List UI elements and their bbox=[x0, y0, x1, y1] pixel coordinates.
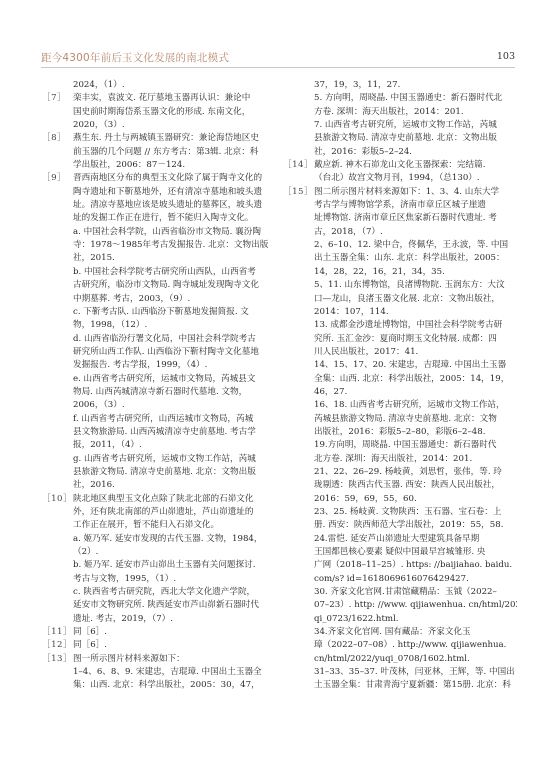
reference-text-line: 物局. 山西芮城清凉寺新石器时代墓地. 文物， bbox=[73, 386, 277, 399]
reference-text-line: 燕生东. 丹土与两城镇玉器研究：兼论海岱地区史 bbox=[73, 132, 277, 145]
reference-entry: ［11］同［6］. bbox=[42, 626, 277, 639]
reference-text-line: 工作正在展开，暂不能归入石峁文化。 bbox=[73, 519, 277, 532]
reference-text-line: 县旅游文物局. 清凉寺史前墓地. 北京：文物出版 bbox=[314, 132, 517, 145]
reference-entry: ［10］陕北地区典型玉文化点除了陕北北部的石峁文化外，还有陕北南部的芦山峁遗址，… bbox=[42, 493, 277, 626]
reference-text-line: 5. 方向明，周晓晶. 中国玉器通史：新石器时代北 bbox=[314, 92, 517, 105]
reference-text-line: 方卷. 深圳：海天出版社，2014：201. bbox=[314, 106, 517, 119]
reference-number: ［9］ bbox=[42, 172, 66, 185]
reference-entry: ［7］栾丰实，袁波文. 花厅墓地玉器再认识：兼论中国史前时期海岱系玉器文化的形成… bbox=[42, 92, 277, 132]
reference-number: ［15］ bbox=[283, 186, 313, 199]
reference-text-line: 14、15、17、20. 宋建忠，吉琨璋. 中国出土玉器 bbox=[314, 359, 517, 372]
reference-text-line: 报，2011，（4）. bbox=[73, 439, 277, 452]
reference-number: ［10］ bbox=[42, 493, 72, 506]
reference-text-line: 址博物馆. 济南市章丘区焦家新石器时代遗址. 考 bbox=[314, 212, 517, 225]
reference-text-line: com/s? id=1618069616076429427. bbox=[314, 573, 517, 586]
references-left-column: 2024，（1）.［7］栾丰实，袁波文. 花厅墓地玉器再认识：兼论中国史前时期海… bbox=[42, 79, 277, 693]
reference-text-line: 集：山西. 北京：科学出版社，2005：30，47， bbox=[73, 679, 277, 692]
reference-text-line: 考古与文物，1995，（1）. bbox=[73, 573, 277, 586]
reference-text-line: 07–23）. http: //www. qijiawenhua. cn/htm… bbox=[314, 599, 517, 612]
reference-text-line: 县文物旅游局. 山西芮城清凉寺史前墓地. 考古学 bbox=[73, 426, 277, 439]
reference-text-line: 21、22、26–29. 杨岐黄，刘思哲，张伟，等. 玲 bbox=[314, 466, 517, 479]
reference-text-line: 24.雷恺. 延安芦山峁遗址大型建筑具备早期 bbox=[314, 533, 517, 546]
reference-text-line: 19.方向明，周晓晶. 中国玉器通史：新石器时代 bbox=[314, 439, 517, 452]
reference-text-line: （台北）故宫文物月刊，1994，（总130）. bbox=[314, 172, 517, 185]
reference-text-line: 遗址. 考古，2019，（7）. bbox=[73, 613, 277, 626]
reference-text-line: 址的发掘工作正在进行，暂不能归入陶寺文化。 bbox=[73, 212, 277, 225]
reference-text-line: 晋西南地区分布的典型玉文化除了属于陶寺文化的 bbox=[73, 172, 277, 185]
reference-text-line: 北方卷. 深圳：海天出版社，2014：201. bbox=[314, 453, 517, 466]
reference-text-line: 川人民出版社，2017：41. bbox=[314, 346, 517, 359]
reference-text-line: 王国都邑核心要素 疑似中国最早宫城雏形. 央 bbox=[314, 546, 517, 559]
reference-number: ［13］ bbox=[42, 653, 72, 666]
reference-text-line: 广网（2018–11–25）. https: //baijiahao. baid… bbox=[314, 559, 517, 572]
reference-text-line: 址。清凉寺墓地应该是坡头遗址的墓葬区，坡头遗 bbox=[73, 199, 277, 212]
reference-text-line: 图二所示图片材料来源如下：1、3、4. 山东大学 bbox=[314, 186, 517, 199]
reference-text-line: 同［6］. bbox=[73, 626, 277, 639]
reference-text-line: 口—龙山，良渚玉器文化展. 北京：文物出版社， bbox=[314, 293, 517, 306]
reference-text-line: 中期墓葬. 考古，2003，（9）. bbox=[73, 293, 277, 306]
references-right-column: 37，19，3，11，27.5. 方向明，周晓晶. 中国玉器通史：新石器时代北方… bbox=[283, 79, 517, 693]
reference-entry: 2024，（1）. bbox=[42, 79, 277, 92]
reference-text-line: 1–4、6、8、9. 宋建忠，吉琨璋. 中国出土玉器全 bbox=[73, 666, 277, 679]
reference-text-line: 2016：59，69，55，60. bbox=[314, 493, 517, 506]
reference-number: ［8］ bbox=[42, 132, 66, 145]
reference-number: ［11］ bbox=[42, 626, 72, 639]
reference-text-line: 34.齐家文化官网. 国有藏品：齐家文化玉 bbox=[314, 626, 517, 639]
reference-text-line: 13. 成都金沙遗址博物馆，中国社会科学院考古研 bbox=[314, 319, 517, 332]
reference-text-line: 外，还有陕北南部的芦山峁遗址，芦山峁遗址的 bbox=[73, 506, 277, 519]
reference-text-line: 物，1998，（12）. bbox=[73, 319, 277, 332]
reference-text-line: 2006，（3）. bbox=[73, 399, 277, 412]
page-number: 103 bbox=[497, 51, 515, 62]
reference-text-line: 究所. 玉汇金沙：夏商时期玉文化特展. 成都：四 bbox=[314, 333, 517, 346]
reference-number: ［14］ bbox=[283, 159, 313, 172]
reference-text-line: e. 山西省考古研究所，运城市文物局，芮城县文 bbox=[73, 373, 277, 386]
reference-text-line: 戴应新. 神木石峁龙山文化玉器探索：完结篇. bbox=[314, 159, 517, 172]
header-rule bbox=[41, 67, 515, 68]
reference-text-line: 30. 齐家文化官网.甘肃馆藏精品：玉钺（2022– bbox=[314, 586, 517, 599]
reference-entry: ［14］戴应新. 神木石峁龙山文化玉器探索：完结篇.（台北）故宫文物月刊，199… bbox=[283, 159, 517, 186]
reference-text-line: 社，2015. bbox=[73, 252, 277, 265]
reference-text-line: 芮城县旅游文物局. 清凉寺史前墓地. 北京：文物 bbox=[314, 413, 517, 426]
reference-text-line: 栾丰实，袁波文. 花厅墓地玉器再认识：兼论中 bbox=[73, 92, 277, 105]
running-header: 距今4300年前后玉文化发展的南北模式 103 bbox=[41, 50, 515, 66]
reference-text-line: 延安市文物研究所. 陕西延安市芦山峁新石器时代 bbox=[73, 599, 277, 612]
reference-text-line: 陕北地区典型玉文化点除了陕北北部的石峁文化 bbox=[73, 493, 277, 506]
reference-text-line: 考古学与博物馆学系，济南市章丘区城子崖遗 bbox=[314, 199, 517, 212]
reference-text-line: 珑剔透：陕西古代玉器. 西安：陕西人民出版社， bbox=[314, 479, 517, 492]
reference-entry: ［8］燕生东. 丹土与两城镇玉器研究：兼论海岱地区史前玉器的几个问题 // 东方… bbox=[42, 132, 277, 172]
reference-text-line: 31–33、35–37. 叶茂林，闫亚林，王辉，等. 中国出 bbox=[314, 666, 517, 679]
reference-text-line: a. 姬乃军. 延安市发现的古代玉器. 文物，1984， bbox=[73, 533, 277, 546]
reference-text-line: b. 中国社会科学院考古研究所山西队，山西省考 bbox=[73, 266, 277, 279]
reference-text-line: 14，28，22，16，21，34，35. bbox=[314, 266, 517, 279]
reference-text-line: 古研究所，临汾市文物局. 陶寺城址发现陶寺文化 bbox=[73, 279, 277, 292]
reference-text-line: qi_0723/1622.html. bbox=[314, 613, 517, 626]
reference-text-line: （2）. bbox=[73, 546, 277, 559]
reference-text-line: 同［6］. bbox=[73, 639, 277, 652]
reference-entry: ［12］同［6］. bbox=[42, 639, 277, 652]
reference-text-line: 出土玉器全集：山东. 北京：科学出版社，2005： bbox=[314, 252, 517, 265]
reference-text-line: a. 中国社会科学院，山西省临汾市文物局. 襄汾陶 bbox=[73, 226, 277, 239]
reference-number: ［7］ bbox=[42, 92, 66, 105]
reference-text-line: 前玉器的几个问题 // 东方考古：第3辑. 北京：科 bbox=[73, 146, 277, 159]
reference-text-line: c. 陕西省考古研究院，西北大学文化遗产学院， bbox=[73, 586, 277, 599]
running-header-title: 距今4300年前后玉文化发展的南北模式 bbox=[41, 50, 229, 65]
reference-text-line: 璋（2022–07–08）. http://www. qijiawenhua. bbox=[314, 639, 517, 652]
reference-entry: ［9］晋西南地区分布的典型玉文化除了属于陶寺文化的陶寺遗址和下靳墓地外，还有清凉… bbox=[42, 172, 277, 492]
reference-text-line: 社，2016. bbox=[73, 479, 277, 492]
reference-text-line: g. 山西省考古研究所，运城市文物工作站，芮城 bbox=[73, 453, 277, 466]
reference-text-line: 册. 西安：陕西师范大学出版社，2019：55，58. bbox=[314, 519, 517, 532]
reference-text-line: 图一所示图片材料来源如下： bbox=[73, 653, 277, 666]
reference-text-line: 37，19，3，11，27. bbox=[314, 79, 517, 92]
reference-number: ［12］ bbox=[42, 639, 72, 652]
reference-text-line: 2014：107，114. bbox=[314, 306, 517, 319]
reference-text-line: 古，2018，（7）. bbox=[314, 226, 517, 239]
reference-text-line: 2024，（1）. bbox=[73, 79, 277, 92]
reference-text-line: d. 山西省临汾行署文化局，中国社会科学院考古 bbox=[73, 333, 277, 346]
reference-text-line: 16、18. 山西省考古研究所，运城市文物工作站， bbox=[314, 399, 517, 412]
reference-text-line: f. 山西省考古研究所，山西运城市文物局，芮城 bbox=[73, 413, 277, 426]
reference-text-line: 2020，（3）. bbox=[73, 119, 277, 132]
reference-text-line: 陶寺遗址和下靳墓地外，还有清凉寺墓地和坡头遗 bbox=[73, 186, 277, 199]
reference-text-line: 国史前时期海岱系玉器文化的形成. 东南文化， bbox=[73, 106, 277, 119]
reference-text-line: cn/html/2022/yuqi_0708/1602.html. bbox=[314, 653, 517, 666]
reference-text-line: 7. 山西省考古研究所，运城市文物工作站，芮城 bbox=[314, 119, 517, 132]
reference-text-line: 土玉器全集：甘肃青海宁夏新疆：第15册. 北京：科 bbox=[314, 679, 517, 692]
reference-entry: ［15］图二所示图片材料来源如下：1、3、4. 山东大学考古学与博物馆学系，济南… bbox=[283, 186, 517, 693]
reference-text-line: 县旅游文物局. 清凉寺史前墓地. 北京：文物出版 bbox=[73, 466, 277, 479]
reference-text-line: 23、25. 杨岐黄. 文物陕西：玉石器、宝石卷：上 bbox=[314, 506, 517, 519]
reference-text-line: b. 姬乃军. 延安市芦山峁出土玉器有关问题探讨. bbox=[73, 559, 277, 572]
reference-entry: ［13］图一所示图片材料来源如下：1–4、6、8、9. 宋建忠，吉琨璋. 中国出… bbox=[42, 653, 277, 693]
reference-text-line: 全集：山西. 北京：科学出版社，2005：14，19， bbox=[314, 373, 517, 386]
reference-text-line: 2、6–10、12. 梁中合，佟佩华，王永波，等. 中国 bbox=[314, 239, 517, 252]
reference-text-line: 5、11. 山东博物馆，良渚博物院. 玉润东方：大汶 bbox=[314, 279, 517, 292]
reference-text-line: 46，27. bbox=[314, 386, 517, 399]
reference-text-line: c. 下靳考古队. 山西临汾下靳墓地发掘简报. 文 bbox=[73, 306, 277, 319]
reference-text-line: 寺：1978～1985年考古发掘报告. 北京：文物出版 bbox=[73, 239, 277, 252]
reference-text-line: 社，2016：彩版5–2–24. bbox=[314, 146, 517, 159]
reference-text-line: 学出版社，2006：87－124. bbox=[73, 159, 277, 172]
reference-entry: 37，19，3，11，27.5. 方向明，周晓晶. 中国玉器通史：新石器时代北方… bbox=[283, 79, 517, 159]
reference-text-line: 研究所山西工作队. 山西临汾下靳村陶寺文化墓地 bbox=[73, 346, 277, 359]
reference-text-line: 出版社，2016：彩版5–2–80，彩版6–2–48. bbox=[314, 426, 517, 439]
reference-text-line: 发掘报告. 考古学报，1999，（4）. bbox=[73, 359, 277, 372]
